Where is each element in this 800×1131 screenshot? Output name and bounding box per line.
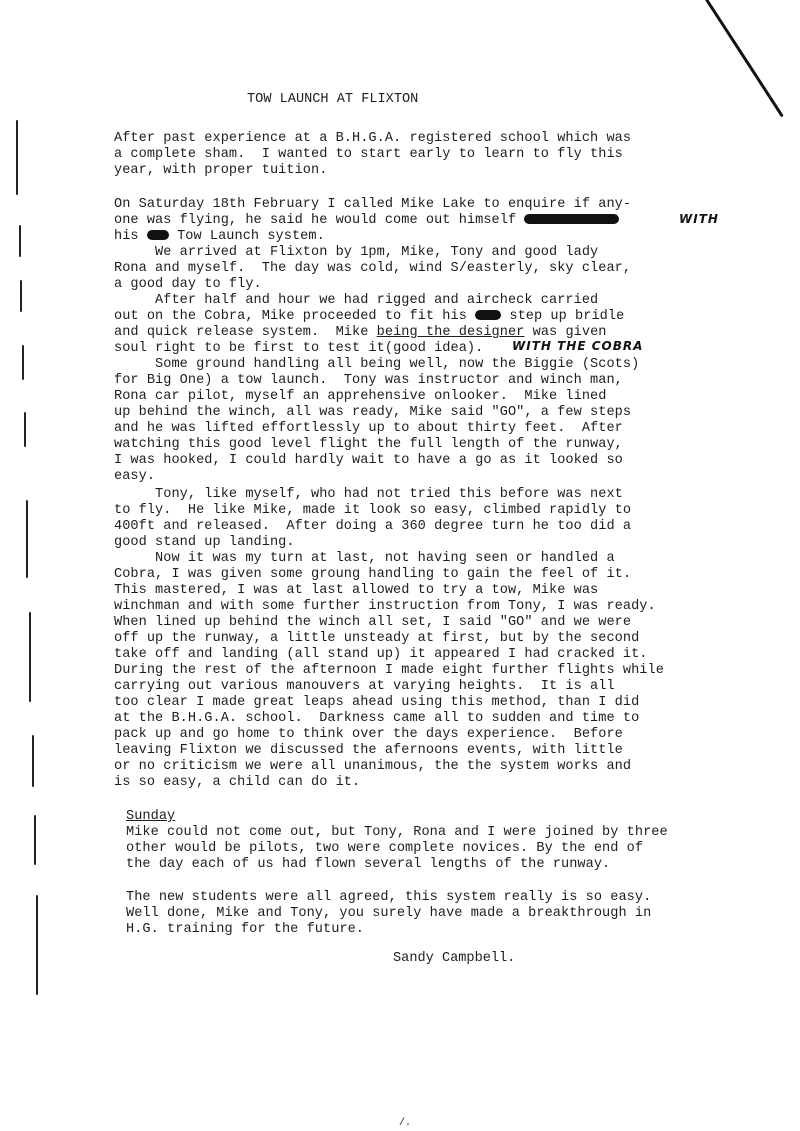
document-page: TOW LAUNCH AT FLIXTON After past experie… bbox=[0, 0, 800, 1131]
text-line: his Tow Launch system. bbox=[114, 229, 325, 245]
text-segment: was given bbox=[524, 325, 606, 340]
margin-mark bbox=[22, 345, 24, 380]
text-line: year, with proper tuition. bbox=[114, 163, 327, 179]
text-line: We arrived at Flixton by 1pm, Mike, Tony… bbox=[114, 245, 598, 261]
text-line: soul right to be first to test it(good i… bbox=[114, 341, 483, 357]
text-segment: (good idea). bbox=[385, 341, 484, 356]
text-line: watching this good level flight the full… bbox=[114, 437, 623, 453]
section-heading-sunday: Sunday bbox=[126, 809, 175, 825]
text-line: a complete sham. I wanted to start early… bbox=[114, 147, 623, 163]
margin-mark bbox=[24, 412, 26, 447]
text-line: This mastered, I was at last allowed to … bbox=[114, 583, 598, 599]
text-line: other would be pilots, two were complete… bbox=[126, 841, 643, 857]
text-line: one was flying, he said he would come ou… bbox=[114, 213, 619, 229]
text-line: Now it was my turn at last, not having s… bbox=[114, 551, 615, 567]
text-line: up behind the winch, all was ready, Mike… bbox=[114, 405, 631, 421]
text-line: Tony, like myself, who had not tried thi… bbox=[114, 487, 623, 503]
text-line: Mike could not come out, but Tony, Rona … bbox=[126, 825, 668, 841]
text-line: H.G. training for the future. bbox=[126, 922, 364, 938]
text-line: too clear I made great leaps ahead using… bbox=[114, 695, 639, 711]
text-line: for Big One) a tow launch. Tony was inst… bbox=[114, 373, 623, 389]
signature: Sandy Campbell. bbox=[393, 951, 515, 966]
text-line: to fly. He like Mike, made it look so ea… bbox=[114, 503, 631, 519]
margin-mark bbox=[36, 895, 38, 995]
text-segment: step up bridle bbox=[509, 309, 624, 324]
text-line: Cobra, I was given some groung handling … bbox=[114, 567, 631, 583]
text-line: or no criticism we were all unanimous, t… bbox=[114, 759, 631, 775]
text-line: easy. bbox=[114, 469, 155, 485]
text-line: After half and hour we had rigged and ai… bbox=[114, 293, 598, 309]
handwritten-annotation: WITH THE COBRA bbox=[512, 339, 643, 353]
margin-mark bbox=[32, 735, 34, 787]
text-line: During the rest of the afternoon I made … bbox=[114, 663, 664, 679]
text-line: On Saturday 18th February I called Mike … bbox=[114, 197, 631, 213]
text-line: I was hooked, I could hardly wait to hav… bbox=[114, 453, 623, 469]
text-line: is so easy, a child can do it. bbox=[114, 775, 360, 791]
text-line: good stand up landing. bbox=[114, 535, 295, 551]
underlined-text: being the designer bbox=[377, 325, 525, 340]
text-line: 400ft and released. After doing a 360 de… bbox=[114, 519, 631, 535]
text-line: Some ground handling all being well, now… bbox=[114, 357, 639, 373]
document-title: TOW LAUNCH AT FLIXTON bbox=[247, 92, 418, 107]
margin-mark bbox=[34, 815, 36, 865]
text-segment: out on the Cobra, Mike proceeded to fit … bbox=[114, 309, 467, 324]
text-line: out on the Cobra, Mike proceeded to fit … bbox=[114, 309, 624, 325]
footer-mark: /. bbox=[399, 1118, 411, 1129]
text-line: Well done, Mike and Tony, you surely hav… bbox=[126, 906, 651, 922]
redaction-mark bbox=[475, 310, 501, 320]
text-line: take off and landing (all stand up) it a… bbox=[114, 647, 648, 663]
handwritten-annotation: WITH bbox=[679, 212, 719, 226]
text-line: The new students were all agreed, this s… bbox=[126, 890, 651, 906]
text-segment: Tow Launch system. bbox=[177, 229, 325, 244]
text-line: off up the runway, a little unsteady at … bbox=[114, 631, 639, 647]
text-line: at the B.H.G.A. school. Darkness came al… bbox=[114, 711, 639, 727]
text-segment: his bbox=[114, 229, 139, 244]
text-line: winchman and with some further instructi… bbox=[114, 599, 656, 615]
text-line: pack up and go home to think over the da… bbox=[114, 727, 623, 743]
text-line: carrying out various manouvers at varyin… bbox=[114, 679, 615, 695]
redaction-mark bbox=[524, 214, 619, 224]
margin-mark bbox=[19, 225, 21, 257]
text-line: When lined up behind the winch all set, … bbox=[114, 615, 631, 631]
text-line: Rona and myself. The day was cold, wind … bbox=[114, 261, 631, 277]
margin-mark bbox=[29, 612, 31, 702]
margin-mark bbox=[20, 280, 22, 312]
redaction-mark bbox=[147, 230, 169, 240]
text-line: After past experience at a B.H.G.A. regi… bbox=[114, 131, 631, 147]
margin-mark bbox=[16, 120, 18, 195]
text-line: leaving Flixton we discussed the afernoo… bbox=[114, 743, 623, 759]
text-segment: and quick release system. Mike bbox=[114, 325, 377, 340]
pen-stroke-mark bbox=[705, 0, 784, 117]
text-line: the day each of us had flown several len… bbox=[126, 857, 610, 873]
margin-mark bbox=[26, 500, 28, 578]
text-line: Rona car pilot, myself an apprehensive o… bbox=[114, 389, 606, 405]
text-segment: soul right to be first to test it bbox=[114, 341, 385, 356]
text-segment: one was flying, he said he would come ou… bbox=[114, 213, 516, 228]
text-line: and he was lifted effortlessly up to abo… bbox=[114, 421, 623, 437]
text-line: a good day to fly. bbox=[114, 277, 262, 293]
